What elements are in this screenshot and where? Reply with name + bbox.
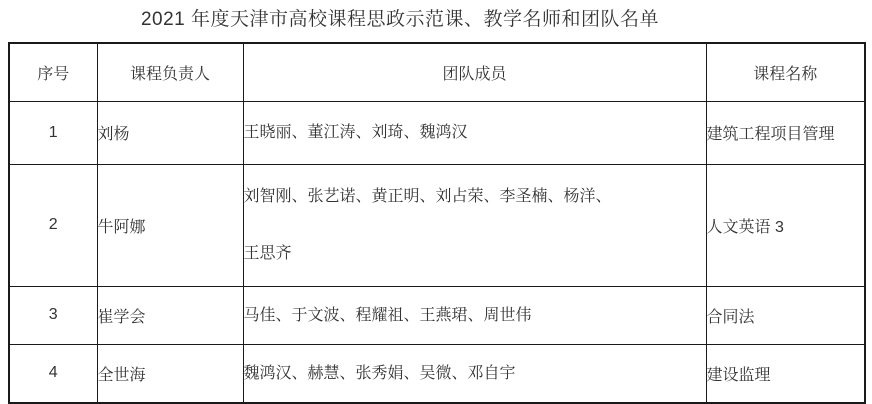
table-row: 1 刘杨 王晓丽、董江涛、刘琦、魏鸿汉 建筑工程项目管理 (9, 101, 865, 164)
cell-leader: 全世海 (97, 344, 243, 403)
cell-course: 人文英语 3 (706, 164, 865, 286)
cell-members: 刘智刚、张艺诺、黄正明、刘占荣、李圣楠、杨洋、 王思齐 (243, 164, 706, 286)
course-roster-table: 序号 课程负责人 团队成员 课程名称 1 刘杨 王晓丽、董江涛、刘琦、魏鸿汉 建… (8, 42, 866, 404)
table-row: 3 崔学会 马佳、于文波、程耀祖、王燕珺、周世伟 合同法 (9, 286, 865, 344)
cell-course: 建设监理 (706, 344, 865, 403)
table-row: 4 全世海 魏鸿汉、赫慧、张秀娟、吴微、邓自宇 建设监理 (9, 344, 865, 403)
page-title: 2021 年度天津市高校课程思政示范课、教学名师和团队名单 (0, 4, 800, 31)
header-members: 团队成员 (243, 43, 706, 101)
cell-members: 王晓丽、董江涛、刘琦、魏鸿汉 (243, 101, 706, 164)
document-page: 2021 年度天津市高校课程思政示范课、教学名师和团队名单 序号 课程负责人 团… (0, 0, 872, 404)
header-leader: 课程负责人 (97, 43, 243, 101)
header-course: 课程名称 (706, 43, 865, 101)
cell-leader: 刘杨 (97, 101, 243, 164)
table-header-row: 序号 课程负责人 团队成员 课程名称 (9, 43, 865, 101)
cell-index: 2 (9, 164, 97, 286)
cell-index: 4 (9, 344, 97, 403)
table-row: 2 牛阿娜 刘智刚、张艺诺、黄正明、刘占荣、李圣楠、杨洋、 王思齐 人文英语 3 (9, 164, 865, 286)
cell-course: 建筑工程项目管理 (706, 101, 865, 164)
cell-members: 魏鸿汉、赫慧、张秀娟、吴微、邓自宇 (243, 344, 706, 403)
cell-index: 1 (9, 101, 97, 164)
cell-index: 3 (9, 286, 97, 344)
cell-members: 马佳、于文波、程耀祖、王燕珺、周世伟 (243, 286, 706, 344)
cell-course: 合同法 (706, 286, 865, 344)
cell-leader: 崔学会 (97, 286, 243, 344)
cell-leader: 牛阿娜 (97, 164, 243, 286)
header-index: 序号 (9, 43, 97, 101)
